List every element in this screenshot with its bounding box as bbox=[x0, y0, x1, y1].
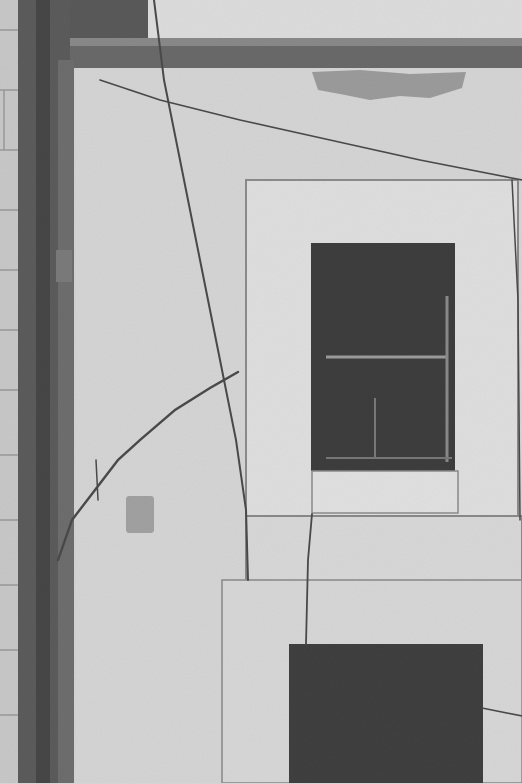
upper-window bbox=[311, 243, 458, 513]
building-wall-photo bbox=[0, 0, 522, 783]
lower-opening bbox=[289, 644, 483, 783]
upper-left-shadow bbox=[70, 0, 148, 38]
window-ledge bbox=[246, 516, 522, 582]
wall-patch bbox=[126, 496, 154, 533]
downpipe bbox=[18, 0, 74, 783]
